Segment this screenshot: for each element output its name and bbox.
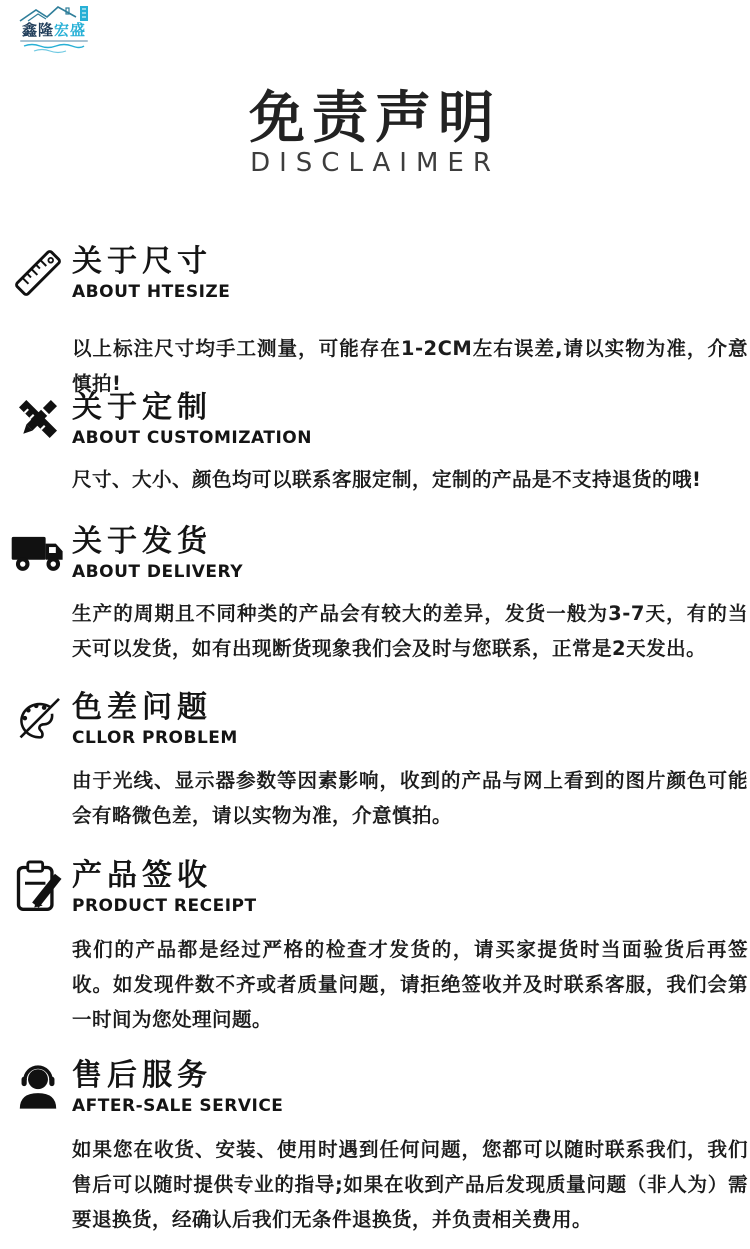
section-body: 我们的产品都是经过严格的检查才发货的，请买家提货时当面验货后再签收。如发现件数不…	[72, 932, 748, 1037]
section-product-receipt: 产品签收 PRODUCT RECEIPT 我们的产品都是经过严格的检查才发货的，…	[10, 858, 740, 1037]
store-name-dark: 鑫隆	[22, 23, 54, 38]
section-header: 关于定制 ABOUT CUSTOMIZATION	[10, 390, 740, 449]
clipboard-icon	[10, 858, 66, 916]
section-subtitle: ABOUT DELIVERY	[72, 562, 243, 583]
section-subtitle: CLLOR PROBLEM	[72, 728, 238, 749]
store-logo: 鑫隆 宏盛	[14, 4, 94, 60]
section-title: 产品签收	[72, 858, 257, 894]
section-about-customization: 关于定制 ABOUT CUSTOMIZATION 尺寸、大小、颜色均可以联系客服…	[10, 390, 740, 497]
section-title: 关于发货	[72, 524, 243, 560]
section-body: 由于光线、显示器参数等因素影响，收到的产品与网上看到的图片颜色可能会有略微色差，…	[72, 763, 748, 833]
section-title: 关于定制	[72, 390, 312, 426]
page-subtitle: DISCLAIMER	[0, 148, 750, 178]
section-subtitle: PRODUCT RECEIPT	[72, 896, 257, 917]
section-header: 色差问题 CLLOR PROBLEM	[10, 690, 740, 749]
ruler-icon	[10, 244, 66, 302]
section-after-sale-service: 售后服务 AFTER-SALE SERVICE 如果您在收货、安装、使用时遇到任…	[10, 1058, 740, 1237]
section-header: 关于发货 ABOUT DELIVERY	[10, 524, 740, 583]
section-header: 产品签收 PRODUCT RECEIPT	[10, 858, 740, 917]
section-header: 关于尺寸 ABOUT HTESIZE	[10, 244, 740, 303]
section-subtitle: ABOUT CUSTOMIZATION	[72, 428, 312, 449]
section-color-problem: 色差问题 CLLOR PROBLEM 由于光线、显示器参数等因素影响，收到的产品…	[10, 690, 740, 833]
section-about-size: 关于尺寸 ABOUT HTESIZE 以上标注尺寸均手工测量，可能存在1-2CM…	[10, 244, 740, 401]
disclaimer-page: 鑫隆 宏盛 免责声明 DISCLAIMER	[0, 0, 750, 1249]
section-title: 色差问题	[72, 690, 238, 726]
customer-service-icon	[10, 1058, 66, 1116]
pencil-ruler-icon	[10, 390, 66, 448]
truck-icon	[10, 524, 66, 582]
section-subtitle: AFTER-SALE SERVICE	[72, 1096, 283, 1117]
logo-tagline-strip	[20, 40, 88, 42]
page-title: 免责声明	[0, 74, 750, 154]
section-subtitle: ABOUT HTESIZE	[72, 282, 230, 303]
section-about-delivery: 关于发货 ABOUT DELIVERY 生产的周期且不同种类的产品会有较大的差异…	[10, 524, 740, 666]
store-name-light: 宏盛	[54, 23, 86, 38]
section-body: 如果您在收货、安装、使用时遇到任何问题，您都可以随时联系我们，我们售后可以随时提…	[72, 1132, 748, 1237]
palette-icon	[10, 690, 66, 748]
waves-icon	[22, 43, 86, 55]
store-name: 鑫隆 宏盛	[14, 23, 94, 38]
section-body: 尺寸、大小、颜色均可以联系客服定制，定制的产品是不支持退货的哦!	[72, 462, 748, 497]
section-header: 售后服务 AFTER-SALE SERVICE	[10, 1058, 740, 1117]
section-title: 关于尺寸	[72, 244, 230, 280]
section-body: 生产的周期且不同种类的产品会有较大的差异，发货一般为3-7天，有的当天可以发货，…	[72, 596, 748, 666]
section-title: 售后服务	[72, 1058, 283, 1094]
